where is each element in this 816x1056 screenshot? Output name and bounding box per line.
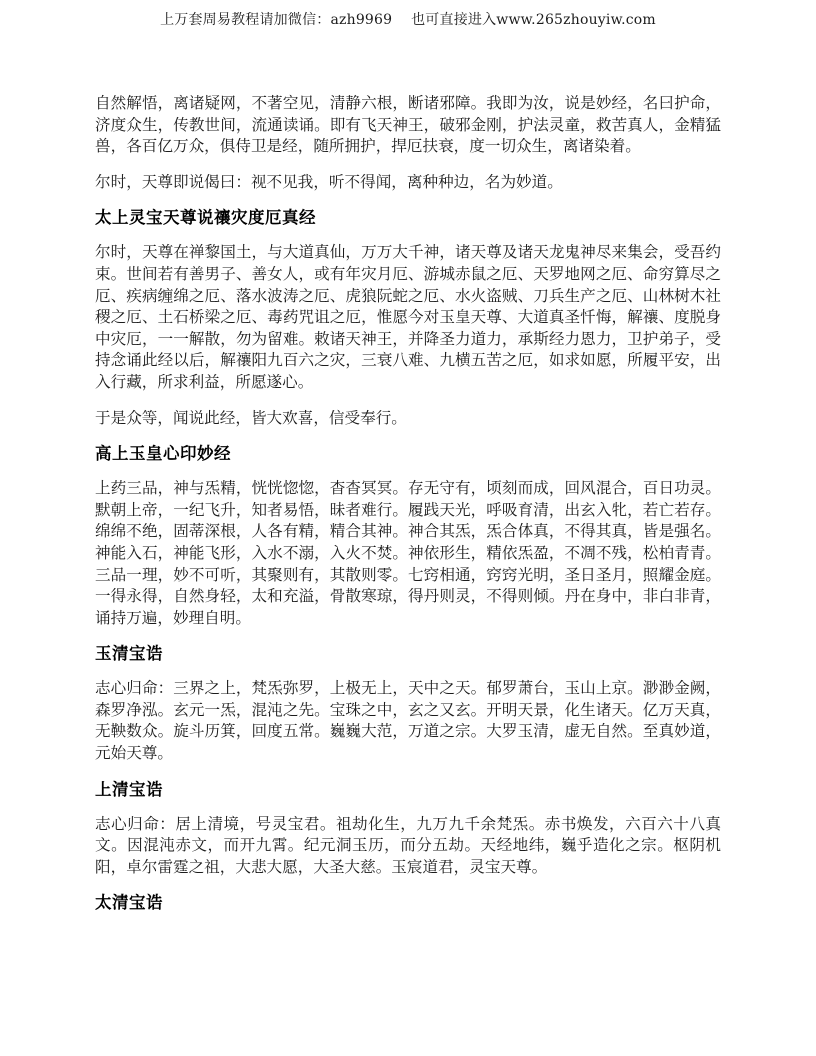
promo-header-text: 上万套周易教程请加微信：azh9969 也可直接进入www.265zhouyiw… xyxy=(0,9,816,29)
scripture-paragraph-yuqing-baogao: 志心归命：三界之上，梵炁弥罗，上极无上，天中之天。郁罗萧台，玉山上京。渺渺金阙，… xyxy=(95,678,721,764)
heading-xinyin-miaojing: 高上玉皇心印妙经 xyxy=(95,443,721,464)
scripture-paragraph-shangqing-baogao: 志心归命：居上清境，号灵宝君。祖劫化生，九万九千余梵炁。赤书焕发，六百六十八真文… xyxy=(95,814,721,879)
scripture-paragraph-closing-huming: 自然解悟，离诸疑网，不著空见，清静六根，断诸邪障。我即为汝，说是妙经，名曰护命，… xyxy=(95,93,721,158)
document-page: 上万套周易教程请加微信：azh9969 也可直接进入www.265zhouyiw… xyxy=(0,0,816,1056)
scripture-paragraph-xinyin-body: 上药三品，神与炁精，恍恍惚惚，杳杳冥冥。存无守有，顷刻而成，回风混合，百日功灵。… xyxy=(95,478,721,629)
heading-rangzai-due-zhenjing: 太上灵宝天尊说禳灾度厄真经 xyxy=(95,207,721,228)
heading-yuqing-baogao: 玉清宝诰 xyxy=(95,643,721,664)
scripture-paragraph-rangzai-ending: 于是众等，闻说此经，皆大欢喜，信受奉行。 xyxy=(95,408,721,430)
scripture-paragraph-gatha: 尔时，天尊即说偈曰：视不见我，听不得闻，离种种边，名为妙道。 xyxy=(95,172,721,194)
heading-shangqing-baogao: 上清宝诰 xyxy=(95,779,721,800)
scripture-paragraph-rangzai-body: 尔时，天尊在禅黎国土，与大道真仙，万万大千神，诸天尊及诸天龙鬼神尽来集会，受吾约… xyxy=(95,242,721,393)
document-body: 自然解悟，离诸疑网，不著空见，清静六根，断诸邪障。我即为汝，说是妙经，名曰护命，… xyxy=(95,93,721,927)
heading-taiqing-baogao: 太清宝诰 xyxy=(95,892,721,913)
